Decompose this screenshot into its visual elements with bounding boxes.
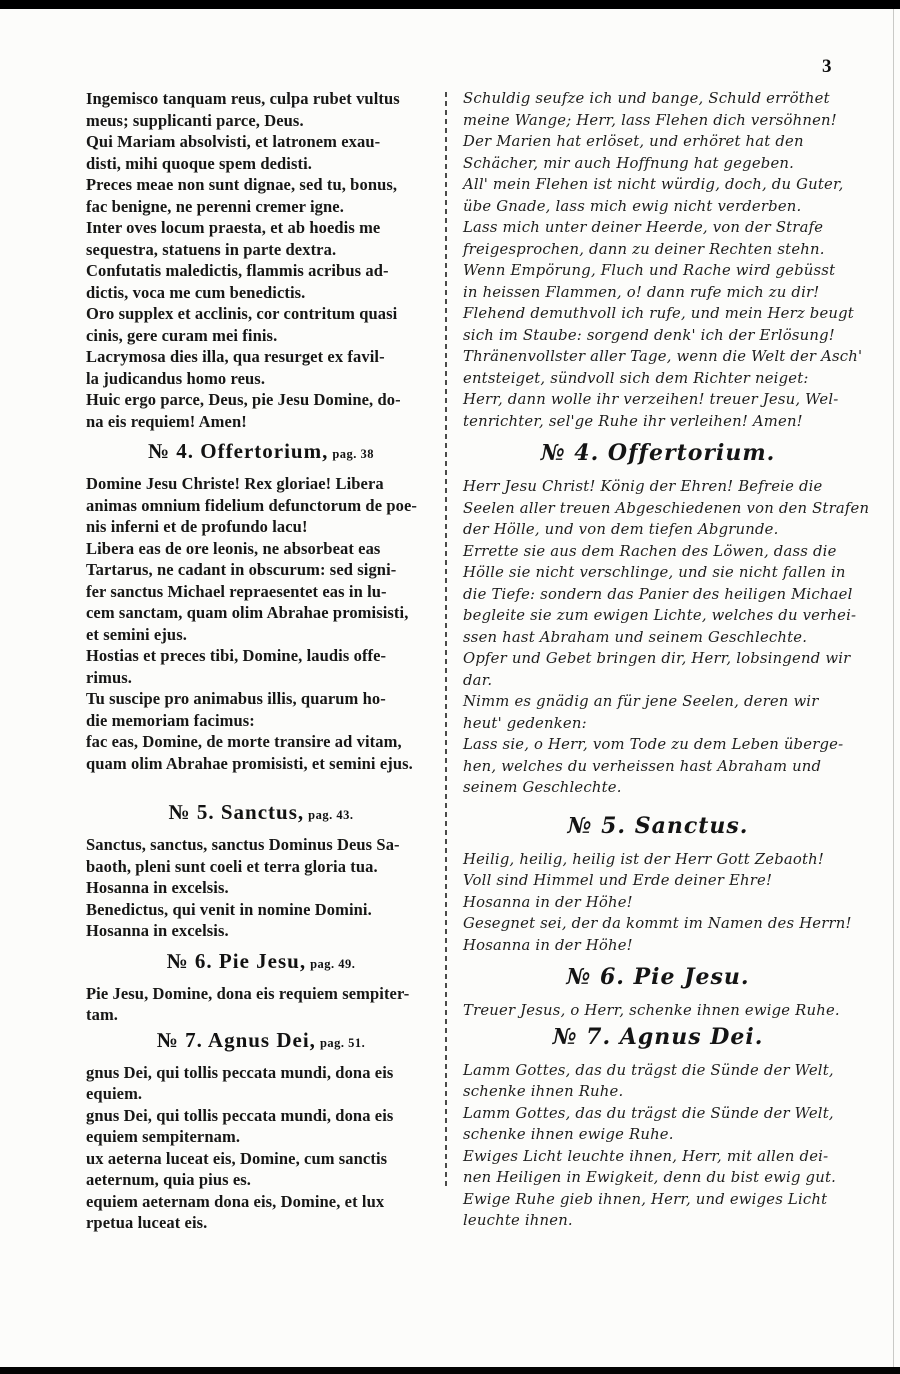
text-line: freigesprochen, dann zu deiner Rechten s…	[463, 239, 853, 261]
text-line: Hosanna in excelsis.	[86, 920, 436, 942]
text-line: cem sanctam, quam olim Abrahae promisist…	[86, 602, 436, 624]
text-line: Schächer, mir auch Hoffnung hat gegeben.	[463, 153, 853, 175]
dies-irae-latin-lines: Ingemisco tanquam reus, culpa rubet vult…	[86, 88, 436, 432]
heading-label: № 5. Sanctus.	[568, 813, 749, 839]
text-line: dictis, voca me cum benedictis.	[86, 282, 436, 304]
text-line: in heissen Flammen, o! dann rufe mich zu…	[463, 282, 853, 304]
text-line: Treuer Jesus, o Herr, schenke ihnen ewig…	[463, 1000, 853, 1022]
text-line: tenrichter, sel'ge Ruhe ihr verleihen! A…	[463, 411, 853, 433]
text-line: Lamm Gottes, das du trägst die Sünde der…	[463, 1060, 853, 1082]
text-line: die memoriam facimus:	[86, 710, 436, 732]
bottom-border-bar	[0, 1367, 900, 1374]
text-line: baoth, pleni sunt coeli et terra gloria …	[86, 856, 436, 878]
agnus-dei-german-lines: Lamm Gottes, das du trägst die Sünde der…	[463, 1060, 853, 1232]
column-divider	[445, 92, 447, 1190]
heading-label: № 6. Pie Jesu,	[167, 949, 307, 973]
text-line: equiem sempiternam.	[86, 1126, 436, 1148]
text-line: Tu suscipe pro animabus illis, quarum ho…	[86, 688, 436, 710]
text-line: Huic ergo parce, Deus, pie Jesu Domine, …	[86, 389, 436, 411]
text-line: cinis, gere curam mei finis.	[86, 325, 436, 347]
text-line: Oro supplex et acclinis, cor contritum q…	[86, 303, 436, 325]
text-line: sich im Staube: sorgend denk' ich der Er…	[463, 325, 853, 347]
text-line: begleite sie zum ewigen Lichte, welches …	[463, 605, 853, 627]
heading-label: № 5. Sanctus,	[169, 800, 305, 824]
text-line: gnus Dei, qui tollis peccata mundi, dona…	[86, 1105, 436, 1127]
text-line: la judicandus homo reus.	[86, 368, 436, 390]
text-line: Heilig, heilig, heilig ist der Herr Gott…	[463, 849, 853, 871]
text-line: equiem aeternam dona eis, Domine, et lux	[86, 1191, 436, 1213]
page-scan-edge	[893, 9, 894, 1367]
agnus-dei-latin-lines: gnus Dei, qui tollis peccata mundi, dona…	[86, 1062, 436, 1234]
text-line: Thränenvollster aller Tage, wenn die Wel…	[463, 346, 853, 368]
text-line: Hosanna in der Höhe!	[463, 892, 853, 914]
text-line: fac eas, Domine, de morte transire ad vi…	[86, 731, 436, 753]
offertorium-latin-lines: Domine Jesu Christe! Rex gloriae! Libera…	[86, 473, 436, 774]
offertorium-german-lines: Herr Jesu Christ! König der Ehren! Befre…	[463, 476, 853, 799]
text-line: Lass sie, o Herr, vom Tode zu dem Leben …	[463, 734, 853, 756]
text-line: fer sanctus Michael repraesentet eas in …	[86, 581, 436, 603]
agnus-dei-latin-heading: № 7. Agnus Dei, pag. 51.	[86, 1028, 436, 1053]
text-line: Hölle sie nicht verschlinge, und sie nic…	[463, 562, 853, 584]
text-line: Pie Jesu, Domine, dona eis requiem sempi…	[86, 983, 436, 1005]
page-number: 3	[822, 56, 832, 78]
text-line: Libera eas de ore leonis, ne absorbeat e…	[86, 538, 436, 560]
text-line: schenke ihnen Ruhe.	[463, 1081, 853, 1103]
text-line: Qui Mariam absolvisti, et latronem exau-	[86, 131, 436, 153]
text-line: disti, mihi quoque spem dedisti.	[86, 153, 436, 175]
top-border-bar	[0, 0, 900, 9]
scanned-page: 3 Ingemisco tanquam reus, culpa rubet vu…	[0, 0, 900, 1374]
text-line: Hosanna in der Höhe!	[463, 935, 853, 957]
text-line: heut' gedenken:	[463, 713, 853, 735]
text-line: Nimm es gnädig an für jene Seelen, deren…	[463, 691, 853, 713]
text-line: entsteiget, sündvoll sich dem Richter ne…	[463, 368, 853, 390]
text-line: Schuldig seufze ich und bange, Schuld er…	[463, 88, 853, 110]
heading-label: № 7. Agnus Dei,	[157, 1028, 316, 1052]
text-line: Benedictus, qui venit in nomine Domini.	[86, 899, 436, 921]
text-line: quam olim Abrahae promisisti, et semini …	[86, 753, 436, 775]
text-line: gnus Dei, qui tollis peccata mundi, dona…	[86, 1062, 436, 1084]
pie-jesu-latin-lines: Pie Jesu, Domine, dona eis requiem sempi…	[86, 983, 436, 1026]
text-line: meus; supplicanti parce, Deus.	[86, 110, 436, 132]
text-line: Domine Jesu Christe! Rex gloriae! Libera	[86, 473, 436, 495]
text-line: sequestra, statuens in parte dextra.	[86, 239, 436, 261]
dies-irae-german-lines: Schuldig seufze ich und bange, Schuld er…	[463, 88, 853, 432]
text-line: Wenn Empörung, Fluch und Rache wird gebü…	[463, 260, 853, 282]
text-line: nen Heiligen in Ewigkeit, denn du bist e…	[463, 1167, 853, 1189]
text-line: animas omnium fidelium defunctorum de po…	[86, 495, 436, 517]
text-line: Flehend demuthvoll ich rufe, und mein He…	[463, 303, 853, 325]
text-line: die Tiefe: sondern das Panier des heilig…	[463, 584, 853, 606]
text-line: dar.	[463, 670, 853, 692]
text-line: Lamm Gottes, das du trägst die Sünde der…	[463, 1103, 853, 1125]
heading-label: № 4. Offertorium,	[148, 439, 328, 463]
text-line: hen, welches du verheissen hast Abraham …	[463, 756, 853, 778]
heading-page-ref: pag. 51.	[320, 1036, 365, 1050]
text-line: Herr Jesu Christ! König der Ehren! Befre…	[463, 476, 853, 498]
text-line: Gesegnet sei, der da kommt im Namen des …	[463, 913, 853, 935]
text-line: Ingemisco tanquam reus, culpa rubet vult…	[86, 88, 436, 110]
sanctus-german-heading: № 5. Sanctus.	[463, 813, 853, 839]
text-line: Ewige Ruhe gieb ihnen, Herr, und ewiges …	[463, 1189, 853, 1211]
text-line: Hosanna in excelsis.	[86, 877, 436, 899]
text-line: Tartarus, ne cadant in obscurum: sed sig…	[86, 559, 436, 581]
text-line: tam.	[86, 1004, 436, 1026]
text-line: equiem.	[86, 1083, 436, 1105]
heading-label: № 4. Offertorium.	[541, 440, 776, 466]
text-line: der Hölle, und von dem tiefen Abgrunde.	[463, 519, 853, 541]
heading-page-ref: pag. 49.	[310, 957, 355, 971]
text-line: Inter oves locum praesta, et ab hoedis m…	[86, 217, 436, 239]
text-line: ssen hast Abraham und seinem Geschlechte…	[463, 627, 853, 649]
text-line: Herr, dann wolle ihr verzeihen! treuer J…	[463, 389, 853, 411]
text-line: Der Marien hat erlöset, und erhöret hat …	[463, 131, 853, 153]
sanctus-latin-lines: Sanctus, sanctus, sanctus Dominus Deus S…	[86, 834, 436, 942]
text-line: Confutatis maledictis, flammis acribus a…	[86, 260, 436, 282]
text-line: Seelen aller treuen Abgeschiedenen von d…	[463, 498, 853, 520]
offertorium-german-heading: № 4. Offertorium.	[463, 440, 853, 466]
text-line: nis inferni et de profundo lacu!	[86, 516, 436, 538]
text-line: schenke ihnen ewige Ruhe.	[463, 1124, 853, 1146]
text-line: All' mein Flehen ist nicht würdig, doch,…	[463, 174, 853, 196]
text-line: Ewiges Licht leuchte ihnen, Herr, mit al…	[463, 1146, 853, 1168]
text-line: na eis requiem! Amen!	[86, 411, 436, 433]
heading-label: № 7. Agnus Dei.	[553, 1024, 764, 1050]
text-line: rimus.	[86, 667, 436, 689]
offertorium-latin-heading: № 4. Offertorium, pag. 38	[86, 439, 436, 464]
text-line: Voll sind Himmel und Erde deiner Ehre!	[463, 870, 853, 892]
heading-label: № 6. Pie Jesu.	[566, 964, 749, 990]
text-line: seinem Geschlechte.	[463, 777, 853, 799]
pie-jesu-latin-heading: № 6. Pie Jesu, pag. 49.	[86, 949, 436, 974]
text-line: rpetua luceat eis.	[86, 1212, 436, 1234]
text-line: aeternum, quia pius es.	[86, 1169, 436, 1191]
sanctus-latin-heading: № 5. Sanctus, pag. 43.	[86, 800, 436, 825]
text-line: fac benigne, ne perenni cremer igne.	[86, 196, 436, 218]
agnus-dei-german-heading: № 7. Agnus Dei.	[463, 1024, 853, 1050]
text-line: Sanctus, sanctus, sanctus Dominus Deus S…	[86, 834, 436, 856]
heading-page-ref: pag. 38	[332, 447, 374, 461]
text-line: ux aeterna luceat eis, Domine, cum sanct…	[86, 1148, 436, 1170]
text-line: meine Wange; Herr, lass Flehen dich vers…	[463, 110, 853, 132]
pie-jesu-german-heading: № 6. Pie Jesu.	[463, 964, 853, 990]
text-line: Opfer und Gebet bringen dir, Herr, lobsi…	[463, 648, 853, 670]
text-line: leuchte ihnen.	[463, 1210, 853, 1232]
text-line: Lass mich unter deiner Heerde, von der S…	[463, 217, 853, 239]
text-line: Hostias et preces tibi, Domine, laudis o…	[86, 645, 436, 667]
text-line: Lacrymosa dies illa, qua resurget ex fav…	[86, 346, 436, 368]
pie-jesu-german-lines: Treuer Jesus, o Herr, schenke ihnen ewig…	[463, 1000, 853, 1022]
heading-page-ref: pag. 43.	[308, 808, 353, 822]
text-line: übe Gnade, lass mich ewig nicht verderbe…	[463, 196, 853, 218]
latin-text-column: Ingemisco tanquam reus, culpa rubet vult…	[86, 88, 436, 1234]
text-line: et semini ejus.	[86, 624, 436, 646]
text-line: Errette sie aus dem Rachen des Löwen, da…	[463, 541, 853, 563]
sanctus-german-lines: Heilig, heilig, heilig ist der Herr Gott…	[463, 849, 853, 957]
german-text-column: Schuldig seufze ich und bange, Schuld er…	[463, 88, 853, 1232]
text-line: Preces meae non sunt dignae, sed tu, bon…	[86, 174, 436, 196]
